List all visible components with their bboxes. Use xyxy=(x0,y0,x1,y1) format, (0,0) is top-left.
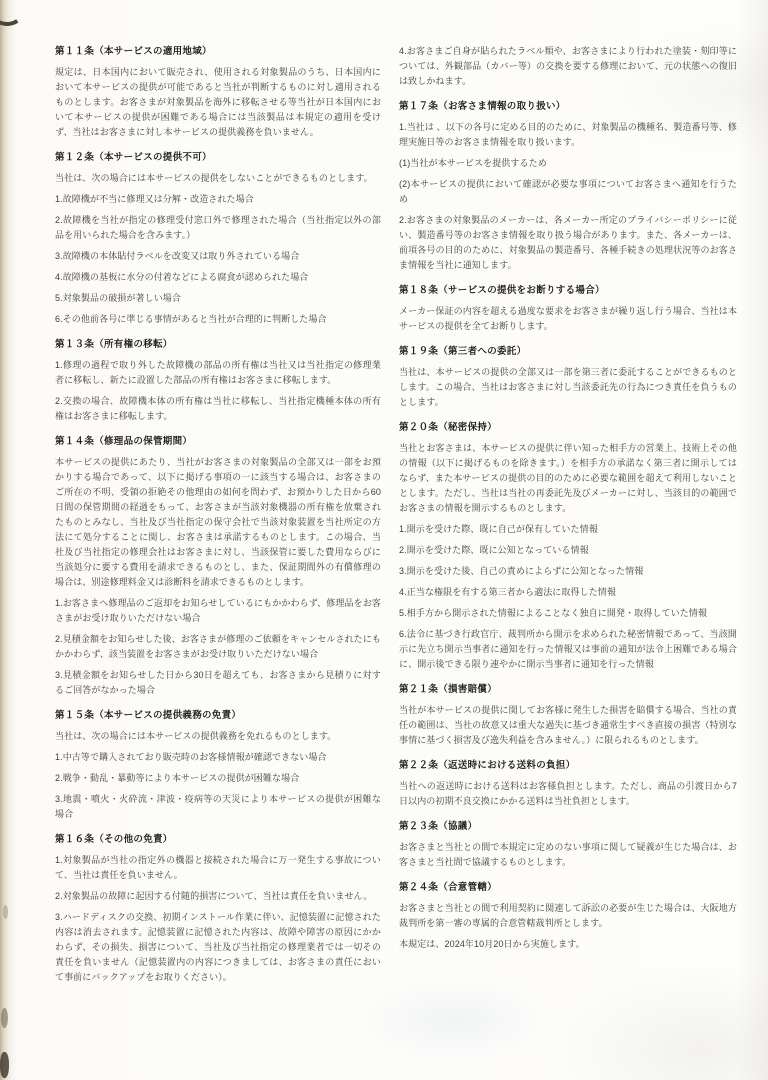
edge-smudge xyxy=(3,905,8,919)
paragraph: 2.交換の場合、故障機本体の所有権は当社に移転し、当社指定機種本体の所有権はお客… xyxy=(55,394,381,424)
paragraph: 5.相手方から開示された情報によることなく独自に開発・取得していた情報 xyxy=(399,606,737,621)
article-heading: 第２２条（返送時における送料の負担） xyxy=(399,758,737,773)
column-right: 4.お客さまご自身が貼られたラベル類や、お客さまにより行われた塗装・刻印等につい… xyxy=(399,44,737,958)
text-columns: 第１１条（本サービスの適用地域）規定は、日本国内において販売され、使用される対象… xyxy=(55,44,737,991)
column-left: 第１１条（本サービスの適用地域）規定は、日本国内において販売され、使用される対象… xyxy=(55,44,381,991)
paragraph: 2.対象製品の故障に起因する付随的損害について、当社は責任を負いません。 xyxy=(55,889,381,904)
paragraph: 2.戦争・動乱・暴動等により本サービスの提供が困難な場合 xyxy=(55,771,381,786)
paragraph: お客さまと当社との間で本規定に定めのない事項に関して疑義が生じた場合は、お客さま… xyxy=(399,840,737,870)
paragraph: 3.開示を受けた後、自己の責めによらずに公知となった情報 xyxy=(399,564,737,579)
paragraph: 5.対象製品の破損が著しい場合 xyxy=(55,291,381,306)
paragraph: 2.故障機を当社が指定の修理受付窓口外で修理された場合（当社指定以外の部品を用い… xyxy=(55,213,381,243)
paper-edge xyxy=(0,0,13,1080)
paragraph: 2.見積金額をお知らせした後、お客さまが修理のご依頼をキャンセルされたにもかかわ… xyxy=(55,632,381,662)
paragraph: (1)当社が本サービスを提供するため xyxy=(399,156,737,171)
paragraph: 当社は、次の場合には本サービスの提供をしないことができるものとします。 xyxy=(55,171,381,186)
paragraph: 1.修理の過程で取り外した故障機の部品の所有権は当社又は当社指定の修理業者に移転… xyxy=(55,358,381,388)
article-heading: 第２１条（損害賠償） xyxy=(399,682,737,697)
paragraph: 1.中古等で購入されており販売時のお客様情報が確認できない場合 xyxy=(55,750,381,765)
paragraph: 当社への返送時における送料はお客様負担とします。ただし、商品の引渡日から7日以内… xyxy=(399,779,737,809)
paragraph: 2.開示を受けた際、既に公知となっている情報 xyxy=(399,543,737,558)
edge-smudge xyxy=(1,1008,8,1028)
paragraph: 3.故障機の本体貼付ラベルを改変又は取り外されている場合 xyxy=(55,249,381,264)
paragraph: 当社が本サービスの提供に関してお客様に発生した損害を賠償する場合、当社の責任の範… xyxy=(399,703,737,748)
paragraph: お客さまと当社との間で利用契約に関連して訴訟の必要が生じた場合は、大阪地方裁判所… xyxy=(399,901,737,931)
article-heading: 第１３条（所有権の移転） xyxy=(55,337,381,352)
paragraph: 3.ハードディスクの交換、初期インストール作業に伴い、記憶装置に記憶された内容は… xyxy=(55,910,381,985)
paragraph: 1.開示を受けた際、既に自己が保有していた情報 xyxy=(399,522,737,537)
article-heading: 第１６条（その他の免責） xyxy=(55,832,381,847)
article-heading: 第１５条（本サービスの提供義務の免責） xyxy=(55,708,381,723)
article-heading: 第１８条（サービスの提供をお断りする場合） xyxy=(399,283,737,298)
paragraph: 1.当社は 、以下の各号に定める目的のために、対象製品の機種名、製造番号等、修理… xyxy=(399,120,737,150)
article-heading: 第１１条（本サービスの適用地域） xyxy=(55,44,381,59)
article-heading: 第２０条（秘密保持） xyxy=(399,420,737,435)
scanned-document-page: 第１１条（本サービスの適用地域）規定は、日本国内において販売され、使用される対象… xyxy=(0,0,768,1080)
edge-smudge xyxy=(0,1052,9,1078)
paragraph: (2)本サービスの提供において確認が必要な事項についてお客さまへ通知を行うため xyxy=(399,177,737,207)
article-heading: 第２４条（合意管轄） xyxy=(399,880,737,895)
paragraph: 1.故障機が不当に修理又は分解・改造された場合 xyxy=(55,192,381,207)
paragraph: 3.見積金額をお知らせした日から30日を超えても、お客さまから見積りに対するご回… xyxy=(55,668,381,698)
paragraph: 本サービスの提供にあたり、当社がお客さまの対象製品の全部又は一部をお預かりする場… xyxy=(55,455,381,590)
paragraph: 1.対象製品が当社の指定外の機器と接続された場合に万一発生する事故について、当社… xyxy=(55,853,381,883)
article-heading: 第１９条（第三者への委託） xyxy=(399,344,737,359)
article-heading: 第１４条（修理品の保管期間） xyxy=(55,434,381,449)
paragraph: 6.法令に基づき行政官庁、裁判所から開示を求められた秘密情報であって、当該開示に… xyxy=(399,627,737,672)
paragraph: 4.故障機の基板に水分の付着などによる腐食が認められた場合 xyxy=(55,270,381,285)
paragraph: 当社とお客さまは、本サービスの提供に伴い知った相手方の営業上、技術上その他の情報… xyxy=(399,441,737,516)
paragraph: 当社は、本サービスの提供の全部又は一部を第三者に委託することができるものとします… xyxy=(399,365,737,410)
paragraph: 規定は、日本国内において販売され、使用される対象製品のうち、日本国内において本サ… xyxy=(55,65,381,140)
page-corner-mark xyxy=(0,0,32,30)
paragraph: メーカー保証の内容を超える過度な要求をお客さまが繰り返し行う場合、当社は本サービ… xyxy=(399,304,737,334)
paragraph: 6.その他前各号に準じる事情があると当社が合理的に判断した場合 xyxy=(55,312,381,327)
paragraph: 本規定は、2024年10月20日から実施します。 xyxy=(399,937,737,952)
paragraph: 4.正当な権限を有する第三者から適法に取得した情報 xyxy=(399,585,737,600)
paragraph: 3.地震・噴火・火砕流・津波・疫病等の天災により本サービスの提供が困難な場合 xyxy=(55,792,381,822)
paragraph: 当社は、次の場合には本サービスの提供義務を免れるものとします。 xyxy=(55,729,381,744)
paragraph: 4.お客さまご自身が貼られたラベル類や、お客さまにより行われた塗装・刻印等につい… xyxy=(399,44,737,89)
article-heading: 第１２条（本サービスの提供不可） xyxy=(55,150,381,165)
paragraph: 1.お客さまへ修理品のご返却をお知らせしているにもかかわらず、修理品をお客さまが… xyxy=(55,596,381,626)
article-heading: 第２３条（協議） xyxy=(399,819,737,834)
article-heading: 第１７条（お客さま情報の取り扱い） xyxy=(399,99,737,114)
paragraph: 2.お客さまの対象製品のメーカーは、各メーカー所定のプライバシーポリシーに従い、… xyxy=(399,213,737,273)
